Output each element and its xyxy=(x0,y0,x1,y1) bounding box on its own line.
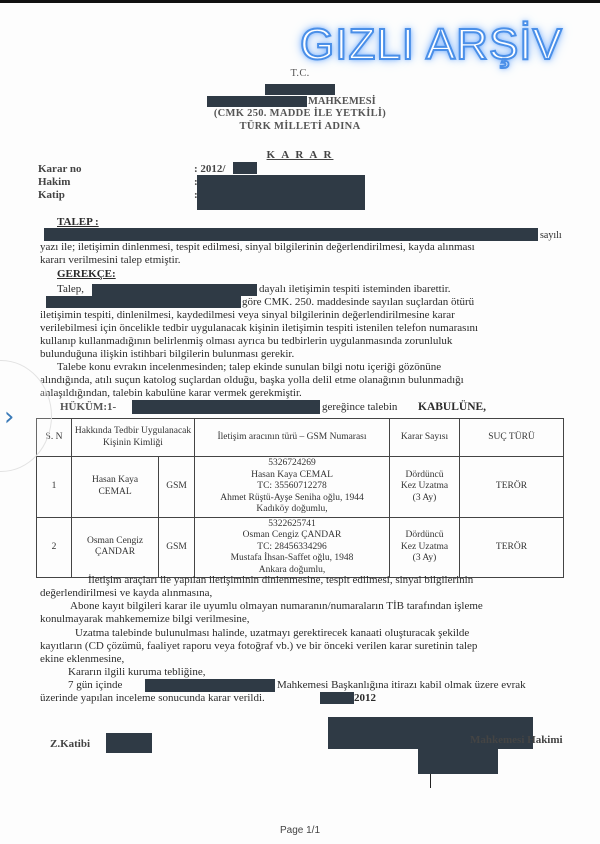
body-p3-line2: kayıtların (CD çözümü, faaliyet raporu v… xyxy=(40,640,477,653)
row-detail: 5322625741 Osman Cengiz ÇANDAR TC: 28456… xyxy=(195,517,390,578)
header-court: MAHKEMESİ xyxy=(308,95,376,108)
body-p2-line1: Abone kayıt bilgileri karar ile uyumlu o… xyxy=(70,600,483,613)
talep-line2: yazı ile; iletişimin dinlenmesi, tespit … xyxy=(40,241,475,254)
body-p5-start: 7 gün içinde xyxy=(68,679,122,692)
row-detail: 5326724269 Hasan Kaya CEMAL TC: 35560712… xyxy=(195,457,390,518)
gerekce-line5: kullanıp kullanmadığının belirlenmiş olm… xyxy=(40,335,452,348)
header-nation: TÜRK MİLLETİ ADINA xyxy=(0,121,600,132)
talep-line3: kararı verilmesini talep etmiştir. xyxy=(40,254,181,267)
gerekce-line3: iletişimin tespiti, dinlenilmesi, kayded… xyxy=(40,309,455,322)
redaction xyxy=(46,296,241,308)
hakim-label: Hakim xyxy=(38,176,70,189)
talep-line1-end: sayılı xyxy=(540,229,562,242)
decision-title: K A R A R xyxy=(0,149,600,161)
row-decision: DördüncüKez Uzatma(3 Ay) xyxy=(390,457,460,518)
redaction xyxy=(265,84,335,95)
col-identity: Hakkında Tedbir Uygulanacak Kişinin Kiml… xyxy=(72,419,195,457)
body-p3-line1: Uzatma talebinde bulunulması halinde, uz… xyxy=(75,627,469,640)
row-sn: 1 xyxy=(37,457,72,518)
page-number: Page 1/1 xyxy=(0,825,600,836)
clerk-signature-label: Z.Katibi xyxy=(50,738,90,751)
katip-label: Katip xyxy=(38,189,65,202)
watermark: GIZLI ARŞİV xyxy=(300,20,563,70)
body-p1-line2: değerlendirilmesi ve kayda alınmasına, xyxy=(40,587,212,600)
body-p6: üzerinde yapılan inceleme sonucunda kara… xyxy=(40,692,265,705)
row-name: Osman CengizÇANDAR xyxy=(72,517,159,578)
row-crime: TERÖR xyxy=(460,457,564,518)
gerekce-line1-end: dayalı iletişimin tespiti isteminden iba… xyxy=(259,283,451,296)
redaction xyxy=(207,96,307,107)
header-tc: T.C. xyxy=(0,68,600,79)
body-p5-end: Mahkemesi Başkanlığına itirazı kabil olm… xyxy=(277,679,526,692)
gerekce-line9: anlaşıldığından, talebin kabulüne karar … xyxy=(40,387,302,400)
interception-table: S. N Hakkında Tedbir Uygulanacak Kişinin… xyxy=(36,418,564,578)
redaction xyxy=(44,228,538,241)
karar-no-label: Karar no xyxy=(38,163,82,176)
header-authority: (CMK 250. MADDE İLE YETKİLİ) xyxy=(0,108,600,119)
gerekce-line1-start: Talep, xyxy=(57,283,84,296)
col-decision-count: Karar Sayısı xyxy=(390,419,460,457)
gerekce-line2-end: göre CMK. 250. maddesinde sayılan suçlar… xyxy=(242,296,474,309)
body-p4: Kararın ilgili kuruma tebliğine, xyxy=(68,666,205,679)
row-type: GSM xyxy=(159,457,195,518)
redaction xyxy=(92,284,257,296)
row-name: Hasan KayaCEMAL xyxy=(72,457,159,518)
table-header-row: S. N Hakkında Tedbir Uygulanacak Kişinin… xyxy=(37,419,564,457)
gerekce-line8: alındığında, atılı suçun katolog suçlard… xyxy=(40,374,464,387)
redaction xyxy=(320,692,354,704)
body-p3-line3: ekine eklenmesine, xyxy=(40,653,124,666)
redaction xyxy=(132,400,320,414)
chevron-right-icon[interactable]: › xyxy=(4,402,14,432)
gerekce-line4: verilebilmesi için öncelikle tedbir uygu… xyxy=(40,322,478,335)
col-comm-type: İletişim aracının türü – GSM Numarası xyxy=(195,419,390,457)
gerekce-heading: GEREKÇE: xyxy=(57,268,116,281)
signature-stroke xyxy=(430,774,431,788)
row-crime: TERÖR xyxy=(460,517,564,578)
row-sn: 2 xyxy=(37,517,72,578)
body-p2-line2: konulmayarak mahkememize bilgi verilmesi… xyxy=(40,613,250,626)
hukum-end-text: gereğince talebin xyxy=(322,401,397,414)
body-p1-line1: İletişim araçları ile yapılan iletişimin… xyxy=(88,574,473,587)
redaction xyxy=(106,733,152,753)
row-type: GSM xyxy=(159,517,195,578)
table-row: 2 Osman CengizÇANDAR GSM 5322625741 Osma… xyxy=(37,517,564,578)
row-decision: DördüncüKez Uzatma(3 Ay) xyxy=(390,517,460,578)
hukum-result: KABULÜNE, xyxy=(418,401,486,414)
hukum-label: HÜKÜM:1- xyxy=(60,401,116,414)
table-row: 1 Hasan KayaCEMAL GSM 5326724269 Hasan K… xyxy=(37,457,564,518)
gerekce-line7: Talebe konu evrakın incelenmesinden; tal… xyxy=(57,361,441,374)
gerekce-line6: bulunduğuna ilişkin istihbari bilgilerin… xyxy=(40,348,294,361)
redaction xyxy=(233,162,257,174)
body-p6-year: 2012 xyxy=(354,692,376,705)
col-crime-type: SUÇ TÜRÜ xyxy=(460,419,564,457)
redaction xyxy=(418,746,498,774)
redaction xyxy=(145,679,275,692)
top-border xyxy=(0,0,600,3)
redaction xyxy=(197,175,365,210)
